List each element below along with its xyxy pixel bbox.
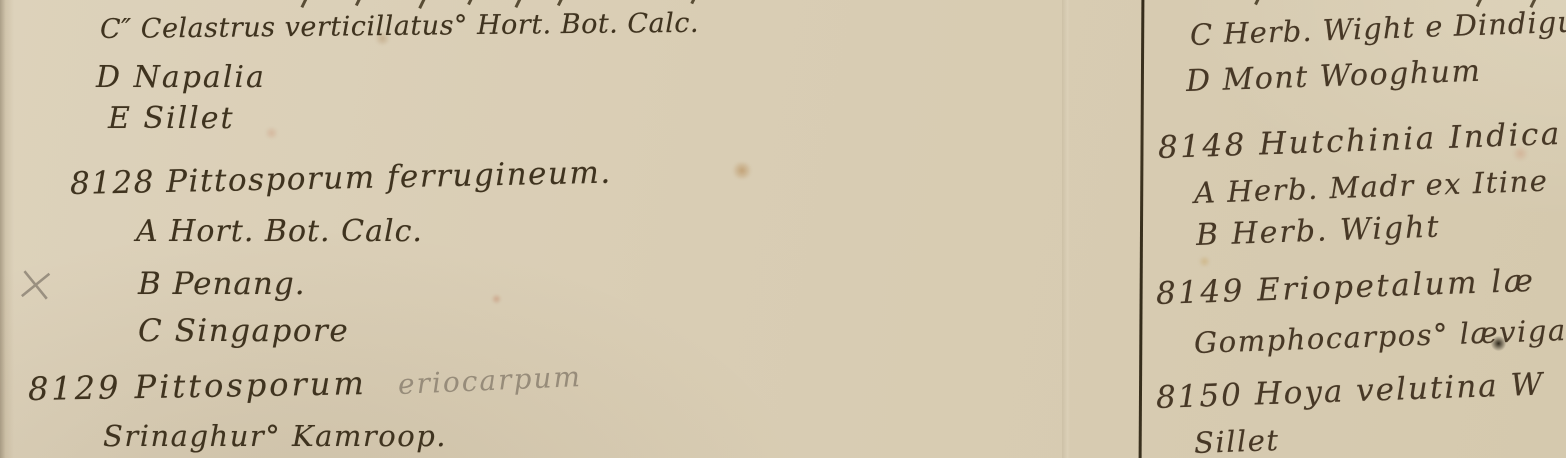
cutoff-text-stroke <box>301 0 309 8</box>
pencil-x-margin-mark: × <box>11 252 61 316</box>
entry-line-herb-madr: A Herb. Madr ex Itine <box>1193 164 1549 210</box>
entry-line-srinaghur-kamroop: Srinaghur° Kamroop. <box>103 419 447 453</box>
pencil-annotation-eriocarpum: eriocarpum <box>397 360 582 401</box>
entry-line-herb-wight-dindigul: C Herb. Wight e Dindigu <box>1189 5 1566 52</box>
column-divider-rule <box>1139 0 1145 458</box>
entry-line-hort-bot-calc: A Hort. Bot. Calc. <box>136 214 423 249</box>
entry-line-8129-pittosporum: 8129 Pittosporum <box>28 364 367 408</box>
cutoff-text-stroke <box>1476 0 1484 7</box>
cutoff-text-stroke <box>355 0 362 6</box>
cutoff-text-stroke <box>418 0 426 9</box>
entry-line-8150-hoya-velutina: 8150 Hoya velutina W <box>1155 366 1545 416</box>
entry-line-8148-hutchinia-indica: 8148 Hutchinia Indica <box>1157 116 1562 166</box>
entry-line-herb-wight: B Herb. Wight <box>1195 209 1441 253</box>
entry-line-8149-eriopetalum: 8149 Eriopetalum læ <box>1155 263 1536 312</box>
paper-left-edge-shadow <box>0 0 14 458</box>
cutoff-text-stroke <box>690 0 696 4</box>
entry-line-8128-pittosporum-ferrugineum: 8128 Pittosporum ferrugineum. <box>70 155 612 202</box>
cutoff-text-stroke <box>467 0 474 5</box>
paper-crease <box>1062 0 1070 458</box>
cutoff-text-stroke <box>515 0 523 8</box>
entry-line-sillet-right: Sillet <box>1193 423 1280 458</box>
foxing-stain <box>1198 256 1211 267</box>
cutoff-text-stroke <box>557 0 564 6</box>
entry-line-celastrus-verticillatus: C″ Celastrus verticillatus° Hort. Bot. C… <box>100 8 699 45</box>
entry-line-gomphocarpos-laevigata: Gomphocarpos° lævigata <box>1193 312 1566 360</box>
manuscript-page: C″ Celastrus verticillatus° Hort. Bot. C… <box>0 0 1566 458</box>
cutoff-text-stroke <box>1254 0 1261 5</box>
entry-line-singapore: C Singapore <box>138 313 349 349</box>
entry-line-napalia: D Napalia <box>96 60 266 95</box>
entry-line-sillet-left: E Sillet <box>108 101 235 136</box>
entry-line-mont-wooghum: D Mont Wooghum <box>1185 54 1482 99</box>
foxing-stain <box>731 162 753 179</box>
entry-line-penang: B Penang. <box>138 266 306 302</box>
foxing-stain <box>264 127 279 139</box>
foxing-stain <box>491 294 502 304</box>
